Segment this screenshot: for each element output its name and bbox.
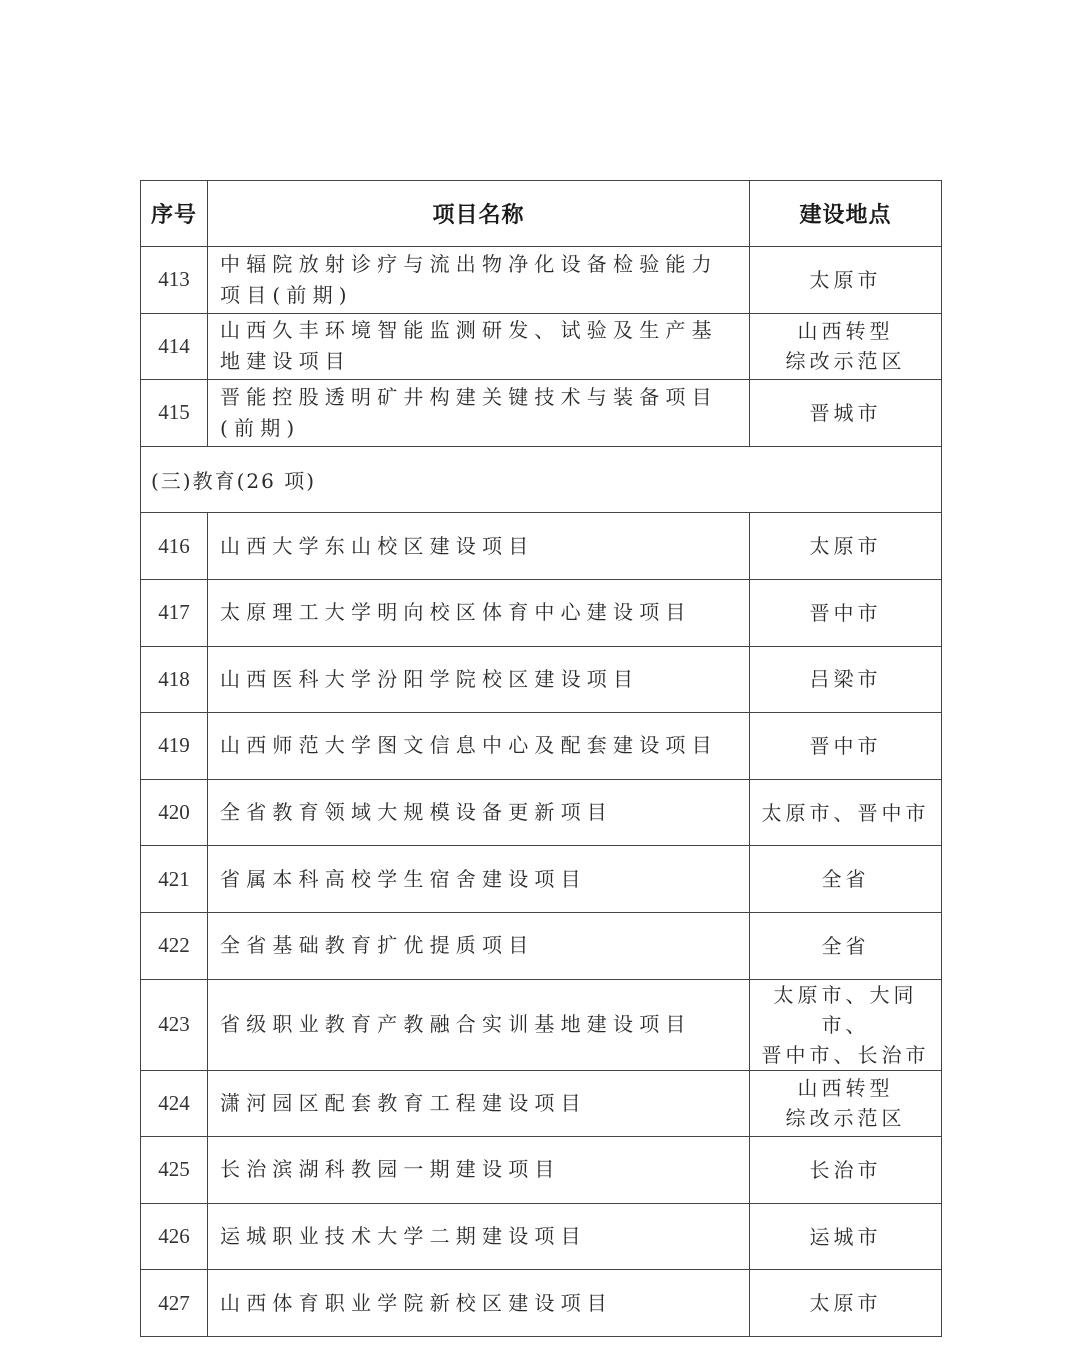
row-project-name: 山西体育职业学院新校区建设项目 bbox=[208, 1270, 750, 1337]
location-line: 太原市、大同市、 bbox=[752, 980, 939, 1040]
location-line: 太原市、晋中市 bbox=[752, 798, 939, 828]
location-line: 全省 bbox=[752, 864, 939, 894]
row-index: 416 bbox=[141, 513, 208, 580]
row-location: 全省 bbox=[750, 912, 942, 979]
row-project-name: 山西大学东山校区建设项目 bbox=[208, 513, 750, 580]
row-location: 晋中市 bbox=[750, 579, 942, 646]
location-line: 山西转型 bbox=[752, 1073, 939, 1103]
row-index: 421 bbox=[141, 846, 208, 913]
location-line: 晋城市 bbox=[752, 398, 939, 428]
row-index: 425 bbox=[141, 1137, 208, 1204]
row-project-name: 晋能控股透明矿井构建关键技术与装备项目(前期) bbox=[208, 380, 750, 447]
row-index: 420 bbox=[141, 779, 208, 846]
row-project-name: 山西医科大学汾阳学院校区建设项目 bbox=[208, 646, 750, 713]
row-project-name: 省属本科高校学生宿舍建设项目 bbox=[208, 846, 750, 913]
location-line: 全省 bbox=[752, 931, 939, 961]
location-line: 吕梁市 bbox=[752, 664, 939, 694]
table-row: 422全省基础教育扩优提质项目全省 bbox=[141, 912, 942, 979]
row-index: 415 bbox=[141, 380, 208, 447]
row-project-name: 全省教育领域大规模设备更新项目 bbox=[208, 779, 750, 846]
location-line: 太原市 bbox=[752, 1288, 939, 1318]
row-location: 运城市 bbox=[750, 1203, 942, 1270]
table-row: 425长治滨湖科教园一期建设项目长治市 bbox=[141, 1137, 942, 1204]
table-row: 424潇河园区配套教育工程建设项目山西转型综改示范区 bbox=[141, 1070, 942, 1137]
row-location: 太原市 bbox=[750, 513, 942, 580]
row-location: 晋中市 bbox=[750, 713, 942, 780]
location-line: 综改示范区 bbox=[752, 346, 939, 376]
row-location: 山西转型综改示范区 bbox=[750, 313, 942, 380]
table-row: 420全省教育领域大规模设备更新项目太原市、晋中市 bbox=[141, 779, 942, 846]
row-index: 427 bbox=[141, 1270, 208, 1337]
location-line: 长治市 bbox=[752, 1155, 939, 1185]
location-line: 太原市 bbox=[752, 265, 939, 295]
section-title: (三)教育(26 项) bbox=[141, 446, 942, 513]
table-row: 427山西体育职业学院新校区建设项目太原市 bbox=[141, 1270, 942, 1337]
header-location: 建设地点 bbox=[750, 181, 942, 247]
row-project-name: 山西师范大学图文信息中心及配套建设项目 bbox=[208, 713, 750, 780]
row-index: 422 bbox=[141, 912, 208, 979]
table-row: 417太原理工大学明向校区体育中心建设项目晋中市 bbox=[141, 579, 942, 646]
location-line: 晋中市 bbox=[752, 731, 939, 761]
table-header-row: 序号 项目名称 建设地点 bbox=[141, 181, 942, 247]
row-location: 太原市、大同市、晋中市、长治市 bbox=[750, 979, 942, 1070]
row-location: 全省 bbox=[750, 846, 942, 913]
row-index: 419 bbox=[141, 713, 208, 780]
row-index: 418 bbox=[141, 646, 208, 713]
table-row: 418山西医科大学汾阳学院校区建设项目吕梁市 bbox=[141, 646, 942, 713]
row-location: 太原市、晋中市 bbox=[750, 779, 942, 846]
row-index: 426 bbox=[141, 1203, 208, 1270]
row-project-name: 运城职业技术大学二期建设项目 bbox=[208, 1203, 750, 1270]
row-location: 长治市 bbox=[750, 1137, 942, 1204]
row-index: 417 bbox=[141, 579, 208, 646]
row-project-name: 山西久丰环境智能监测研发、试验及生产基地建设项目 bbox=[208, 313, 750, 380]
project-table: 序号 项目名称 建设地点 413中辐院放射诊疗与流出物净化设备检验能力项目(前期… bbox=[140, 180, 942, 1337]
row-project-name: 中辐院放射诊疗与流出物净化设备检验能力项目(前期) bbox=[208, 247, 750, 314]
row-project-name: 太原理工大学明向校区体育中心建设项目 bbox=[208, 579, 750, 646]
location-line: 综改示范区 bbox=[752, 1103, 939, 1133]
table-row: 419山西师范大学图文信息中心及配套建设项目晋中市 bbox=[141, 713, 942, 780]
row-project-name: 全省基础教育扩优提质项目 bbox=[208, 912, 750, 979]
row-location: 吕梁市 bbox=[750, 646, 942, 713]
location-line: 晋中市 bbox=[752, 598, 939, 628]
row-location: 太原市 bbox=[750, 247, 942, 314]
table-row: 416山西大学东山校区建设项目太原市 bbox=[141, 513, 942, 580]
table-row: 413中辐院放射诊疗与流出物净化设备检验能力项目(前期)太原市 bbox=[141, 247, 942, 314]
table-row: 426运城职业技术大学二期建设项目运城市 bbox=[141, 1203, 942, 1270]
row-index: 414 bbox=[141, 313, 208, 380]
section-row: (三)教育(26 项) bbox=[141, 446, 942, 513]
header-project-name: 项目名称 bbox=[208, 181, 750, 247]
location-line: 太原市 bbox=[752, 531, 939, 561]
row-project-name: 省级职业教育产教融合实训基地建设项目 bbox=[208, 979, 750, 1070]
row-location: 晋城市 bbox=[750, 380, 942, 447]
table-row: 414山西久丰环境智能监测研发、试验及生产基地建设项目山西转型综改示范区 bbox=[141, 313, 942, 380]
row-project-name: 潇河园区配套教育工程建设项目 bbox=[208, 1070, 750, 1137]
table-row: 415晋能控股透明矿井构建关键技术与装备项目(前期)晋城市 bbox=[141, 380, 942, 447]
row-project-name: 长治滨湖科教园一期建设项目 bbox=[208, 1137, 750, 1204]
header-index: 序号 bbox=[141, 181, 208, 247]
table-row: 421省属本科高校学生宿舍建设项目全省 bbox=[141, 846, 942, 913]
row-location: 太原市 bbox=[750, 1270, 942, 1337]
row-index: 424 bbox=[141, 1070, 208, 1137]
location-line: 山西转型 bbox=[752, 316, 939, 346]
row-location: 山西转型综改示范区 bbox=[750, 1070, 942, 1137]
location-line: 运城市 bbox=[752, 1222, 939, 1252]
table-row: 423省级职业教育产教融合实训基地建设项目太原市、大同市、晋中市、长治市 bbox=[141, 979, 942, 1070]
location-line: 晋中市、长治市 bbox=[752, 1040, 939, 1070]
row-index: 413 bbox=[141, 247, 208, 314]
row-index: 423 bbox=[141, 979, 208, 1070]
